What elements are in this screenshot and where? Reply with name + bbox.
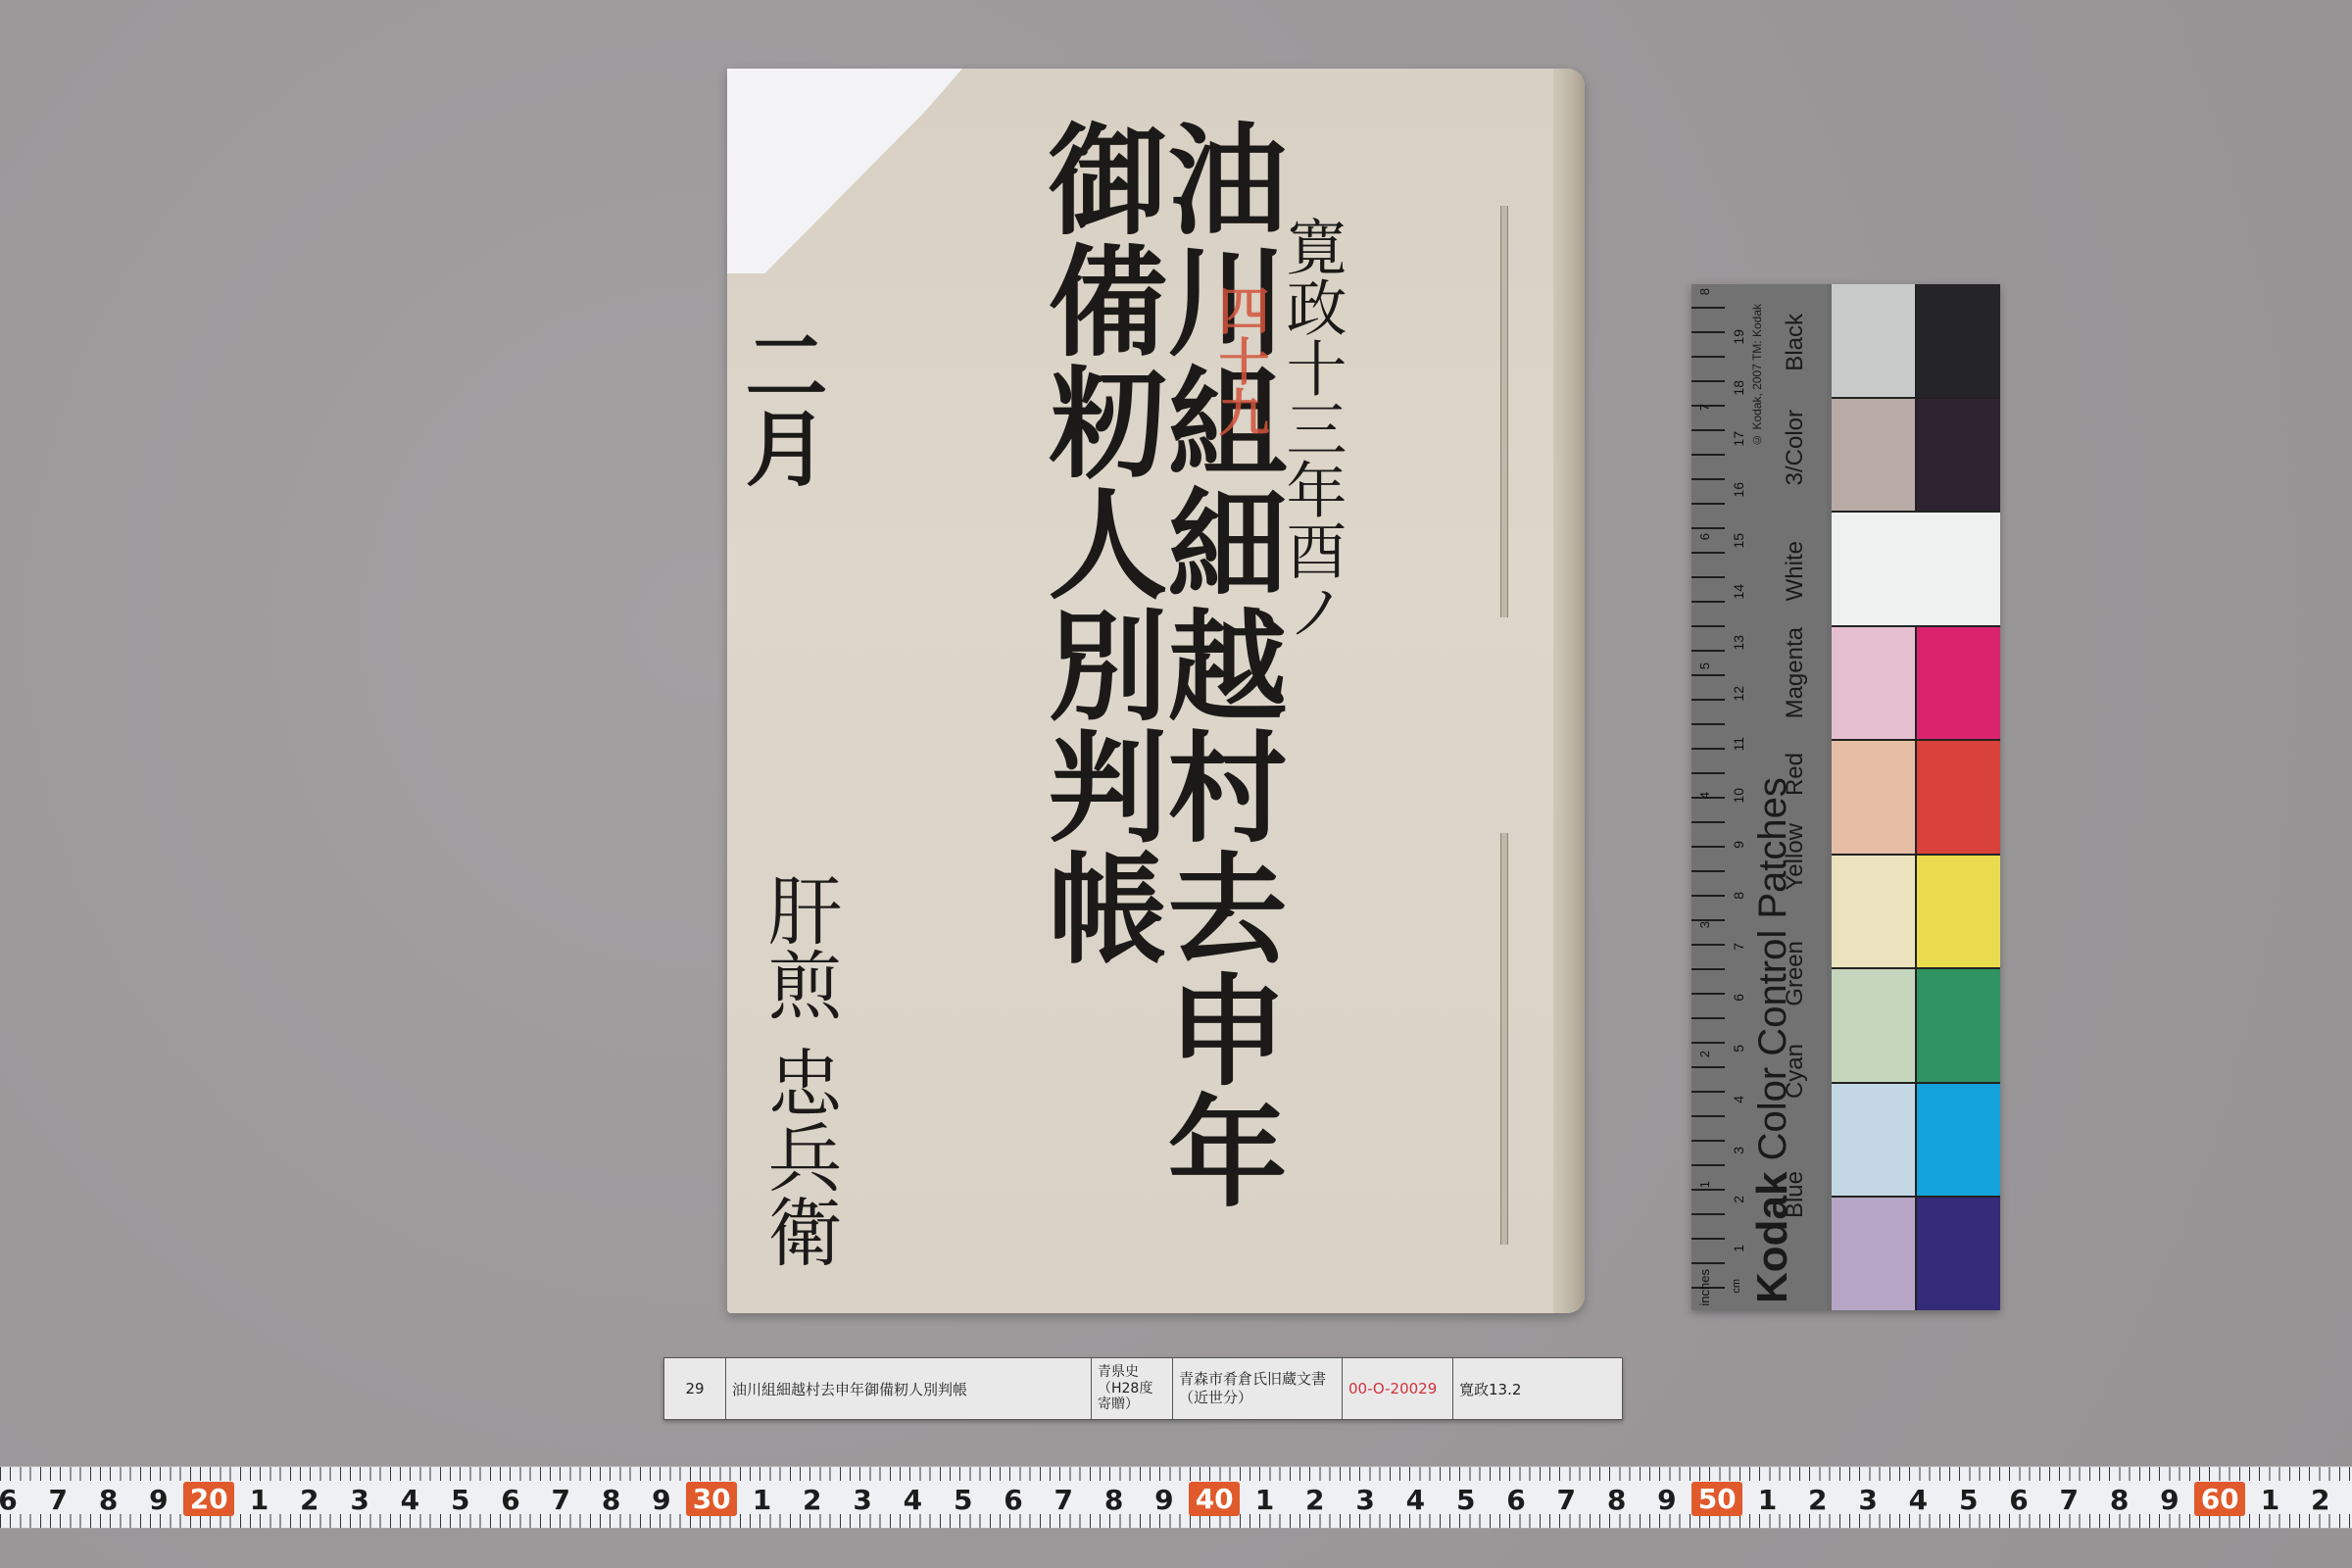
tape-major-label: 30 [686, 1482, 737, 1516]
patch-label-yellow: Yellow [1782, 823, 1809, 891]
tape-label: 4 [390, 1484, 429, 1516]
tape-label: 8 [2100, 1484, 2139, 1516]
patch-cyan-light [1832, 1084, 1915, 1197]
inch-tick: 4 [1697, 792, 1712, 799]
tape-label: 8 [1095, 1484, 1134, 1516]
tape-label: 9 [1145, 1484, 1184, 1516]
patch-green-light [1832, 969, 1915, 1082]
tape-major-label: 50 [1691, 1482, 1742, 1516]
patch-blue-dark [1917, 1198, 2000, 1310]
tape-label: 3 [340, 1484, 379, 1516]
tape-label: 3 [1346, 1484, 1385, 1516]
inch-tick: 6 [1697, 533, 1712, 540]
cm-tick: 14 [1731, 584, 1746, 600]
tape-label: 7 [1044, 1484, 1083, 1516]
tape-label: 2 [290, 1484, 329, 1516]
tape-label: 7 [2049, 1484, 2088, 1516]
tape-label: 1 [1748, 1484, 1788, 1516]
tape-label: 4 [893, 1484, 932, 1516]
tape-label: 5 [441, 1484, 480, 1516]
cm-tick: 9 [1731, 841, 1746, 849]
inch-tick: 3 [1697, 921, 1712, 928]
tape-label: 6 [994, 1484, 1033, 1516]
cm-tick: 19 [1731, 329, 1746, 345]
patch-label-white: White [1782, 541, 1809, 601]
patch-white [1832, 513, 2000, 625]
tape-major-label: 40 [1189, 1482, 1240, 1516]
tape-major-label: 20 [183, 1482, 234, 1516]
tape-label: 8 [592, 1484, 631, 1516]
inch-tick: 5 [1697, 662, 1712, 669]
cm-tick: 17 [1731, 431, 1746, 447]
patch-black-light [1832, 284, 1915, 397]
patch-green-dark [1917, 969, 2000, 1082]
cm-tick: 13 [1731, 635, 1746, 651]
cm-tick: 5 [1731, 1045, 1746, 1053]
catalog-source: 青県史（H28度寄贈） [1092, 1358, 1173, 1419]
cm-tick: 8 [1731, 892, 1746, 900]
tape-ticks-bottom [0, 1514, 2352, 1528]
inch-tick: 7 [1697, 404, 1712, 411]
cm-tick: 3 [1731, 1147, 1746, 1154]
tape-label: 5 [944, 1484, 983, 1516]
document-era-column: 寛政十三年酉ノ [1281, 216, 1342, 641]
tape-label: 1 [240, 1484, 279, 1516]
tape-label: 1 [743, 1484, 782, 1516]
red-seal-mark: 四十九 [1202, 284, 1276, 437]
tape-label: 1 [2251, 1484, 2290, 1516]
cm-tick: 18 [1731, 380, 1746, 396]
tape-label: 3 [1848, 1484, 1887, 1516]
tape-label: 4 [1396, 1484, 1435, 1516]
catalog-label: 29 油川組細越村去申年御備籾人別判帳 青県史（H28度寄贈） 青森市肴倉氏旧蔵… [663, 1357, 1623, 1420]
patch-label-cyan: Cyan [1782, 1044, 1809, 1099]
cm-unit-label: cm [1731, 1279, 1742, 1294]
tape-major-label: 60 [2194, 1482, 2245, 1516]
cm-tick: 12 [1731, 686, 1746, 702]
measuring-tape: 6789201234567893012345678940123456789501… [0, 1466, 2352, 1529]
patch-yellow-dark [1917, 856, 2000, 968]
cm-tick: 15 [1731, 533, 1746, 549]
patch-blue-light [1832, 1198, 1915, 1310]
color-patch-grid [1832, 284, 2000, 1310]
patch-label-blue: Blue [1782, 1171, 1809, 1218]
patch-label-3color: 3/Color [1782, 410, 1809, 485]
inch-tick: 1 [1697, 1181, 1712, 1188]
tape-label: 9 [2150, 1484, 2189, 1516]
cm-tick: 6 [1731, 994, 1746, 1002]
patch-black-dark [1917, 284, 2000, 397]
tape-label: 8 [89, 1484, 128, 1516]
patch-label-black: Black [1782, 314, 1809, 371]
tape-label: 7 [1546, 1484, 1586, 1516]
patch-label-red: Red [1782, 753, 1809, 796]
tape-label: 7 [541, 1484, 580, 1516]
patch-red-dark [1917, 741, 2000, 854]
patch-yellow-light [1832, 856, 1915, 968]
tape-label: 9 [642, 1484, 681, 1516]
tape-label: 4 [1898, 1484, 1937, 1516]
cm-tick: 4 [1731, 1096, 1746, 1103]
binding-spine [1553, 69, 1585, 1313]
cm-tick: 7 [1731, 943, 1746, 951]
tape-ticks-top [0, 1467, 2352, 1481]
binding-thread [1500, 206, 1508, 617]
inch-tick: 8 [1697, 288, 1712, 295]
tape-label: 6 [0, 1484, 27, 1516]
tape-label: 8 [1597, 1484, 1637, 1516]
tape-label: 3 [843, 1484, 882, 1516]
tape-label: 7 [38, 1484, 77, 1516]
tape-label: 6 [1999, 1484, 2038, 1516]
binding-thread [1500, 833, 1508, 1245]
tape-label: 6 [491, 1484, 530, 1516]
kodak-copyright: © Kodak, 2007 TM: Kodak [1750, 304, 1764, 447]
document-date-column: 二月 [739, 323, 821, 488]
historical-document: 油川組細越村去申年御備籾人別判帳 二月 寛政十三年酉ノ 四十九 肝煎 忠兵衛 [727, 69, 1585, 1313]
tape-label: 5 [1446, 1484, 1486, 1516]
inches-unit-label: inches [1697, 1269, 1712, 1306]
tape-label: 2 [2301, 1484, 2340, 1516]
tape-label: 2 [1798, 1484, 1837, 1516]
cm-tick: 1 [1731, 1245, 1746, 1252]
patch-magenta-dark [1917, 627, 2000, 740]
inch-tick: 2 [1697, 1051, 1712, 1057]
catalog-era-date: 寛政13.2 [1453, 1358, 1622, 1419]
catalog-number: 29 [664, 1358, 726, 1419]
tape-label: 6 [1496, 1484, 1536, 1516]
patch-label-green: Green [1782, 941, 1809, 1006]
tape-label: 1 [1246, 1484, 1285, 1516]
patch-magenta-light [1832, 627, 1915, 740]
patch-red-light [1832, 741, 1915, 854]
cm-tick: 10 [1731, 788, 1746, 804]
patch-cyan-dark [1917, 1084, 2000, 1197]
patch-3color-dark [1917, 399, 2000, 512]
patch-3color-light [1832, 399, 1915, 512]
cm-tick: 16 [1731, 482, 1746, 498]
patch-label-magenta: Magenta [1782, 627, 1809, 718]
tape-label: 9 [139, 1484, 178, 1516]
document-signature-column: 肝煎 忠兵衛 [761, 872, 836, 1268]
catalog-collection: 青森市肴倉氏旧蔵文書（近世分） [1173, 1358, 1343, 1419]
kodak-color-target: inches cm 1 2 3 4 5 6 7 8 9 10 11 12 13 … [1691, 284, 2000, 1310]
tape-label: 2 [1296, 1484, 1335, 1516]
catalog-id-code: 00-O-20029 [1343, 1358, 1453, 1419]
cm-tick: 11 [1731, 737, 1746, 752]
tape-label: 2 [793, 1484, 832, 1516]
catalog-title: 油川組細越村去申年御備籾人別判帳 [726, 1358, 1092, 1419]
tape-label: 5 [1949, 1484, 1988, 1516]
cm-tick: 2 [1731, 1196, 1746, 1203]
tape-label: 9 [1647, 1484, 1687, 1516]
